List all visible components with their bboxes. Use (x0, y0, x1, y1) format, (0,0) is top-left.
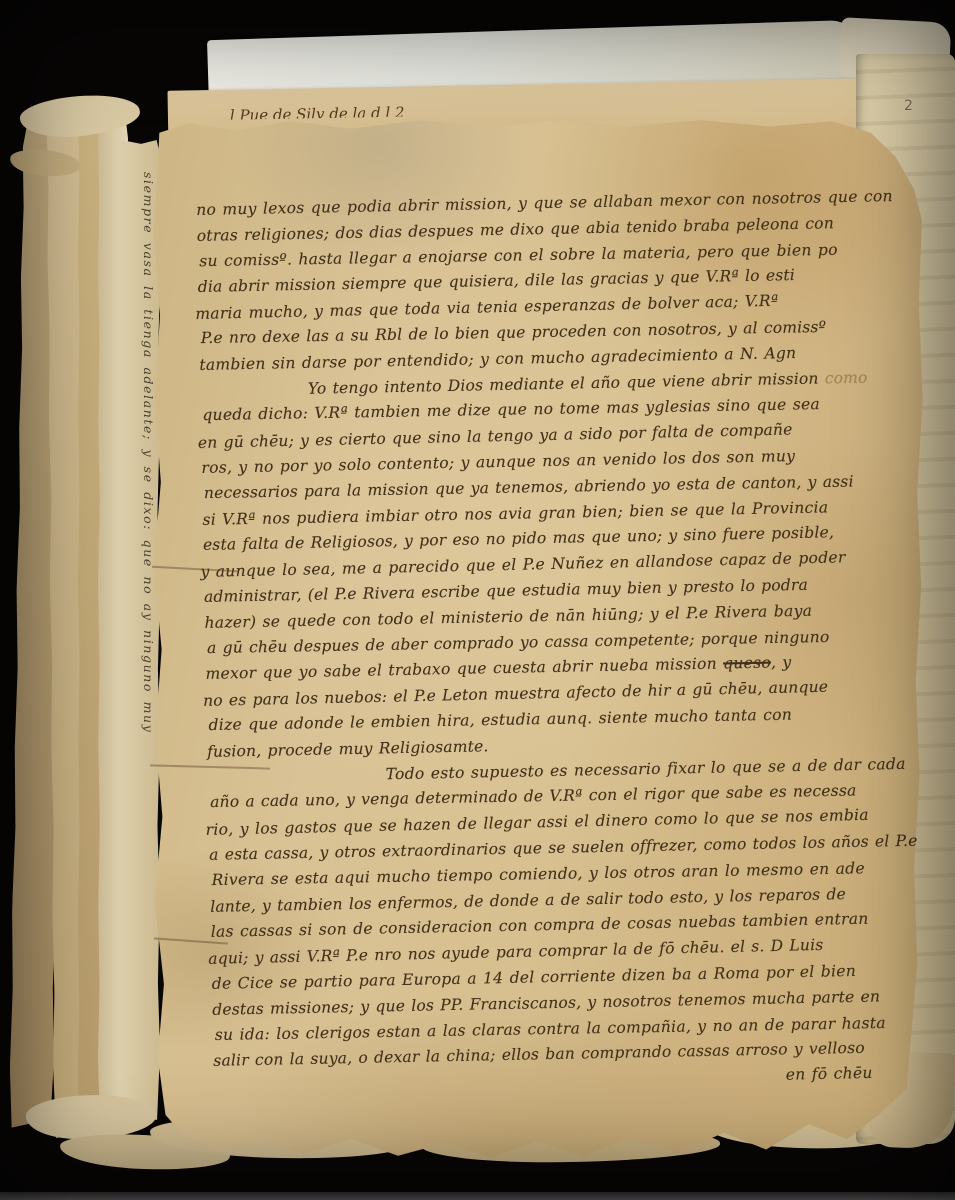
manuscript-text-block: no muy lexos que podia abrir mission, y … (196, 184, 928, 1101)
vertical-margin-note: siempre vasa la tienga adelante; y se di… (136, 172, 156, 772)
scanner-edge-strip (0, 1192, 955, 1200)
manuscript-scan: l Pue de Silv de la d l 2 2 siempre vasa… (0, 0, 955, 1200)
folio-number: 2 (904, 98, 913, 114)
clipped-text-line: l Pue de Silv de la d l 2 (230, 94, 908, 120)
